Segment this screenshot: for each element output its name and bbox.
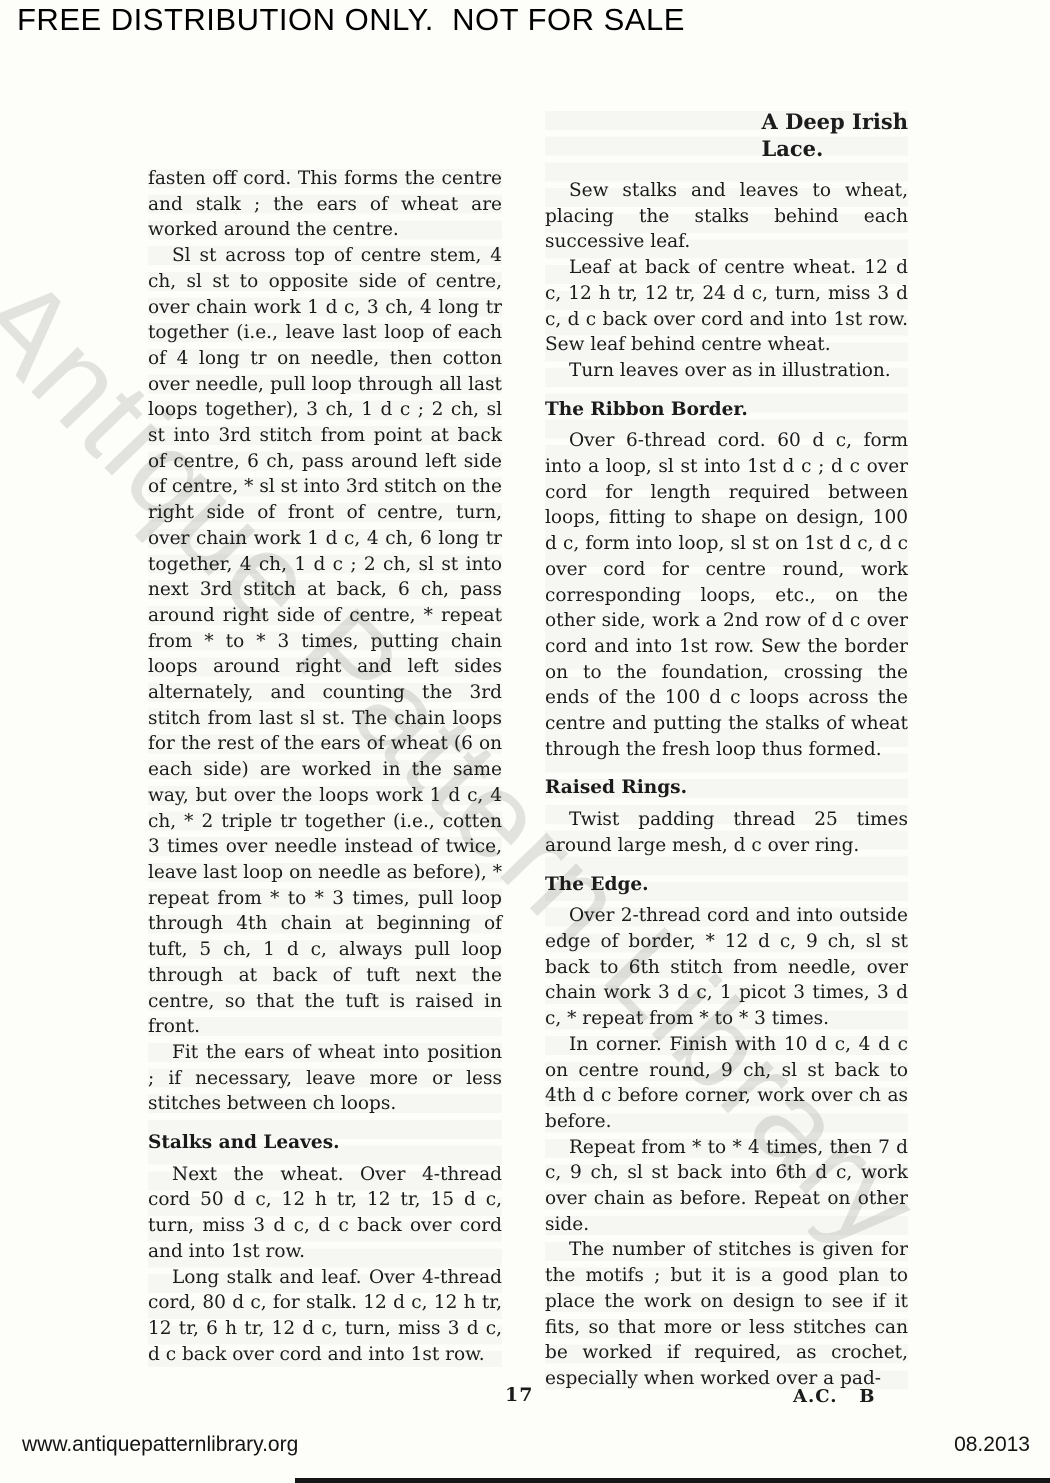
- footer-website-url: www.antiquepatternlibrary.org: [22, 1433, 298, 1457]
- section-heading: Stalks and Leaves.: [148, 1130, 502, 1156]
- paragraph: Over 6-thread cord. 60 d c, form into a …: [545, 428, 908, 762]
- scanned-document-page: FREE DISTRIBUTION ONLY. NOT FOR SALE Ant…: [0, 0, 1050, 1483]
- paragraph: Next the wheat. Over 4-thread cord 50 d …: [148, 1162, 502, 1265]
- left-text-column: fasten off cord. This forms the centre a…: [148, 166, 502, 1367]
- paragraph: Repeat from * to * 4 times, then 7 d c, …: [545, 1135, 908, 1238]
- printer-signature-mark: A.C. B: [793, 1386, 876, 1407]
- section-heading: The Edge.: [545, 872, 908, 898]
- section-heading: Raised Rings.: [545, 775, 908, 801]
- footer-date: 08.2013: [954, 1433, 1030, 1457]
- paragraph: The number of stitches is given for the …: [545, 1237, 908, 1391]
- section-heading: The Ribbon Border.: [545, 397, 908, 423]
- page-number: 17: [505, 1384, 533, 1406]
- article-title-line2: Lace.: [762, 135, 909, 162]
- paragraph: Twist padding thread 25 times around lar…: [545, 807, 908, 858]
- paragraph: Sew stalks and leaves to wheat, placing …: [545, 178, 908, 255]
- paragraph: Long stalk and leaf. Over 4-thread cord,…: [148, 1265, 502, 1368]
- right-text-column: A Deep Irish Lace. Sew stalks and leaves…: [545, 108, 908, 1392]
- paragraph: Fit the ears of wheat into position ; if…: [148, 1040, 502, 1117]
- article-title-line1: A Deep Irish: [762, 108, 909, 135]
- paragraph: Over 2-thread cord and into outside edge…: [545, 903, 908, 1032]
- paragraph: Turn leaves over as in illustration.: [545, 358, 908, 384]
- article-title: A Deep Irish Lace.: [762, 108, 909, 162]
- bottom-edge-bar: [295, 1478, 1050, 1483]
- paragraph: Sl st across top of centre stem, 4 ch, s…: [148, 243, 502, 1040]
- paragraph: In corner. Finish with 10 d c, 4 d c on …: [545, 1032, 908, 1135]
- paragraph: Leaf at back of centre wheat. 12 d c, 12…: [545, 255, 908, 358]
- paragraph: fasten off cord. This forms the centre a…: [148, 166, 502, 243]
- right-column-blocks: Sew stalks and leaves to wheat, placing …: [545, 178, 908, 1392]
- free-distribution-banner: FREE DISTRIBUTION ONLY. NOT FOR SALE: [17, 2, 685, 38]
